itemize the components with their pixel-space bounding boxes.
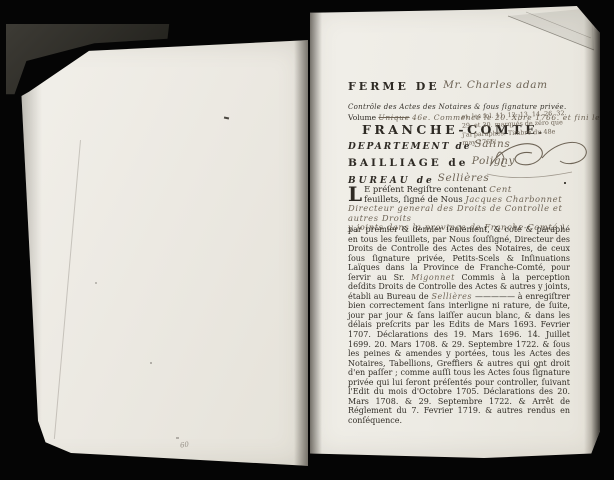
paper-speck [176, 437, 179, 439]
paper-speck [150, 362, 152, 364]
blank-filler-dash: ————— [475, 292, 515, 301]
opening-printed-2: feuillets, ſigné de Nous [364, 194, 463, 204]
handwritten-commis-name: Migonnet [411, 273, 455, 282]
handwritten-bureau-name: Sellières [431, 292, 472, 301]
handwritten-bailliage: Poligny [472, 155, 515, 167]
handwritten-fermier-name: Mr. Charles adam [443, 79, 547, 91]
folded-corner [488, 6, 598, 54]
bailliage-label: BAILLIAGE de [348, 157, 468, 169]
ferme-label: FERME DE [348, 80, 440, 93]
paper-speck [95, 282, 97, 284]
handwritten-director-name: Jacques Charbonnet [465, 194, 562, 204]
volume-label: Volume [348, 113, 376, 122]
handwritten-bureau: Sellières [438, 172, 490, 184]
left-blank-page [8, 38, 308, 468]
handwritten-folio-count: Cent [489, 184, 512, 194]
legal-text-part-3: à enregiſtrer bien correctement ſans int… [348, 292, 570, 425]
ink-fleck [564, 182, 566, 184]
departement-line: DEPARTEMENT de Salins [348, 140, 510, 152]
scanned-register-photo: 60 FERME DE Mr. Charles adam Contrôle de… [0, 0, 614, 480]
register-title-page: FERME DE Mr. Charles adam Contrôle des A… [310, 6, 600, 458]
departement-label: DEPARTEMENT de [348, 142, 472, 152]
handwritten-title-line: Directeur general des Droits de Controll… [348, 204, 574, 223]
ink-fleck [536, 366, 540, 368]
drop-cap: L [348, 186, 362, 203]
handwritten-departement: Salins [474, 138, 510, 150]
pencil-folio-mark: 60 [179, 440, 189, 449]
handwritten-struck-word: Unique [378, 113, 409, 122]
register-legal-paragraph: par premier & dernier ſeulement, & coté … [348, 225, 570, 425]
ferme-line: FERME DE Mr. Charles adam [348, 80, 548, 93]
opening-printed-1: E préſent Regiſtre contenant [364, 184, 487, 194]
bailliage-line: BAILLIAGE de Poligny [348, 157, 515, 169]
